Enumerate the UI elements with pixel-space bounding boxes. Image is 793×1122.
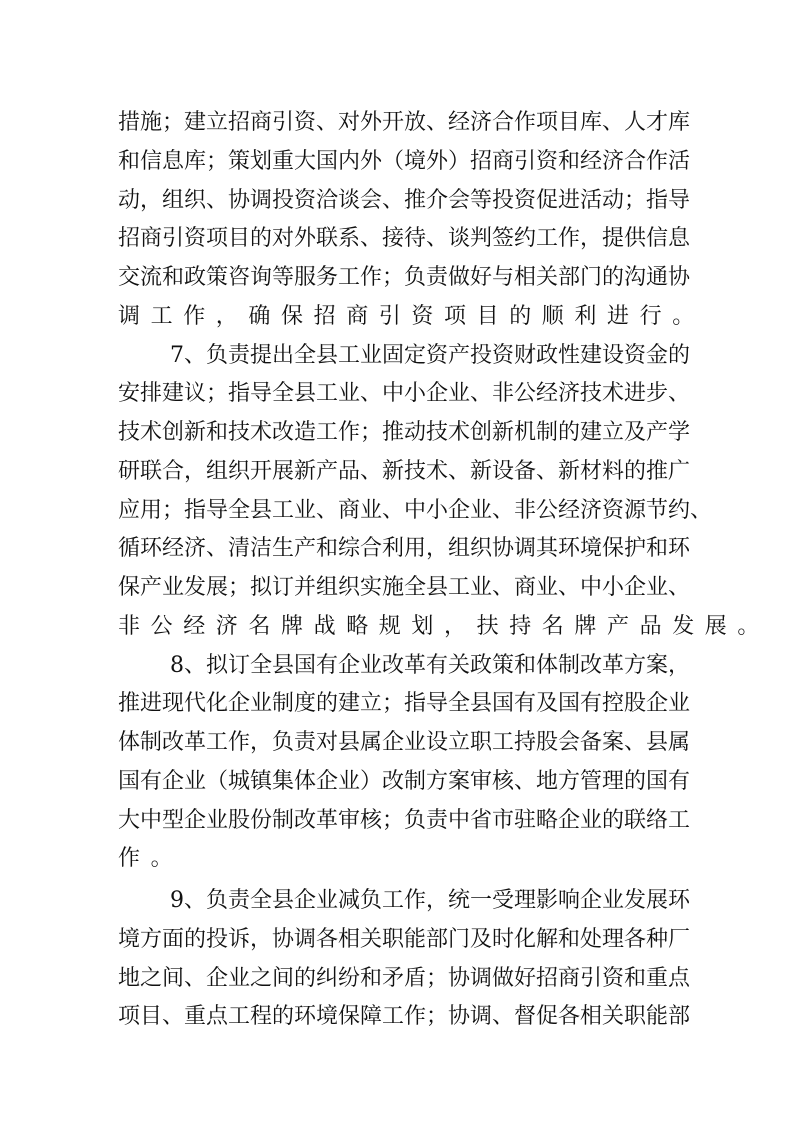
text-line: 交流和政策咨询等服务工作；负责做好与相关部门的沟通协 xyxy=(118,259,674,298)
text-line: 循环经济、清洁生产和综合利用，组织协调其环境保护和环 xyxy=(118,530,674,569)
text-line: 境方面的投诉，协调各相关职能部门及时化解和处理各种厂 xyxy=(118,921,674,960)
text-line: 非公经济名牌战略规划，扶持名牌产品发展。 xyxy=(118,608,674,647)
text-line: 大中型企业股份制改革审核；负责中省市驻略企业的联络工 xyxy=(118,802,674,841)
paragraph-9: 9、负责全县企业减负工作，统一受理影响企业发展环 境方面的投诉，协调各相关职能部… xyxy=(118,882,674,1037)
paragraph-7: 7、负责提出全县工业固定资产投资财政性建设资金的 安排建议；指导全县工业、中小企… xyxy=(118,337,674,647)
paragraph-first-line: 7、负责提出全县工业固定资产投资财政性建设资金的 xyxy=(118,337,674,376)
text-line: 作。 xyxy=(118,840,674,879)
paragraph-first-line: 9、负责全县企业减负工作，统一受理影响企业发展环 xyxy=(118,882,674,921)
text-line: 推进现代化企业制度的建立；指导全县国有及国有控股企业 xyxy=(118,685,674,724)
text-line: 措施；建立招商引资、对外开放、经济合作项目库、人才库 xyxy=(118,104,674,143)
text-line: 保产业发展；拟订并组织实施全县工业、商业、中小企业、 xyxy=(118,569,674,608)
paragraph-8: 8、拟订全县国有企业改革有关政策和体制改革方案， 推进现代化企业制度的建立；指导… xyxy=(118,647,674,880)
text-line: 招商引资项目的对外联系、接待、谈判签约工作，提供信息 xyxy=(118,220,674,259)
paragraph-first-line: 8、拟订全县国有企业改革有关政策和体制改革方案， xyxy=(118,647,674,686)
document-page: 措施；建立招商引资、对外开放、经济合作项目库、人才库 和信息库；策划重大国内外（… xyxy=(118,104,674,1037)
paragraph-6-continued: 措施；建立招商引资、对外开放、经济合作项目库、人才库 和信息库；策划重大国内外（… xyxy=(118,104,674,337)
text-line: 项目、重点工程的环境保障工作；协调、督促各相关职能部 xyxy=(118,998,674,1037)
text-line: 技术创新和技术改造工作；推动技术创新机制的建立及产学 xyxy=(118,414,674,453)
text-line: 动，组织、协调投资洽谈会、推介会等投资促进活动；指导 xyxy=(118,182,674,221)
text-line: 国有企业（城镇集体企业）改制方案审核、地方管理的国有 xyxy=(118,763,674,802)
text-line: 体制改革工作，负责对县属企业设立职工持股会备案、县属 xyxy=(118,724,674,763)
text-line: 应用；指导全县工业、商业、中小企业、非公经济资源节约、 xyxy=(118,492,674,531)
text-line: 地之间、企业之间的纠纷和矛盾；协调做好招商引资和重点 xyxy=(118,960,674,999)
text-line: 研联合，组织开展新产品、新技术、新设备、新材料的推广 xyxy=(118,453,674,492)
text-line: 安排建议；指导全县工业、中小企业、非公经济技术进步、 xyxy=(118,375,674,414)
text-line: 和信息库；策划重大国内外（境外）招商引资和经济合作活 xyxy=(118,143,674,182)
text-line: 调工作，确保招商引资项目的顺利进行。 xyxy=(118,298,674,337)
